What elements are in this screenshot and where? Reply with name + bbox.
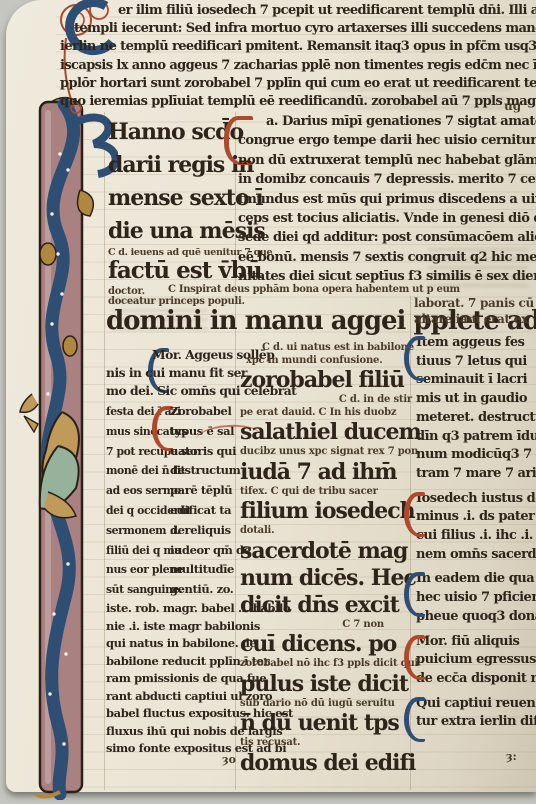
gloss-line: tis recusat.	[240, 737, 412, 750]
right-commentary-column: Item aggeus festiuus 7 letus quiseminaui…	[416, 334, 536, 738]
text-line: puicium egressus	[416, 651, 536, 670]
text-line: Iosedech iustus do	[416, 490, 536, 509]
text-line: seminauit ī lacri	[416, 371, 536, 390]
gloss-continuation: laborat. 7 panis cū sualtare iam erat ex	[414, 296, 536, 327]
text-line: de ecc̄a disponit reed	[416, 670, 536, 689]
text-line: altare iam erat ex	[414, 312, 536, 328]
scripture-line: domus dei edifi	[240, 750, 412, 777]
text-line: pplōr hortari sunt zorobabel 7 pplīn qui…	[60, 75, 536, 93]
commentary-paragraph: Item aggeus festiuus 7 letus quiseminaui…	[416, 334, 536, 484]
text-line: sede diei qd additur: post consūmacōem a…	[238, 228, 536, 247]
text-line: dīn q3 patrem īduc	[416, 428, 536, 447]
paragraph-lines: In eadem die qua fuhec uisio 7 pficienti…	[416, 570, 536, 626]
text-line: non dū extruxerat templū nec habebat glā…	[238, 151, 536, 170]
text-line: cui filius .i. ihc .i. salu	[416, 527, 536, 546]
scripture-column: C d. ui natus est in babilone xpc in mun…	[240, 342, 412, 777]
gloss-line: tifex. C qui de tribu sacer	[240, 486, 412, 499]
text-line: tram 7 mare 7 aridā	[416, 465, 536, 484]
text-line: er ilim filiū iosedech 7 pcepit ut reedi…	[60, 2, 536, 20]
text-line: Mor. fiū aliquis	[416, 633, 536, 652]
text-line: nem omn̄s sacerdotes	[416, 546, 536, 565]
paragraph-lines: Mor. fiū aliquispuicium egressusde ecc̄a…	[416, 633, 536, 689]
text-line: dereliquis	[170, 521, 251, 541]
text-line: ierlin ne templū reedificari pmitent. Re…	[60, 38, 536, 56]
scripture-line: iudā 7 ad ihm̄	[240, 459, 412, 486]
paragraph-lines: Iosedech iustus dominus .i. ds patercui …	[416, 490, 536, 565]
gloss-line: zorobabel nō ihc f3 ppls dicit qui	[240, 658, 412, 671]
paragraph-lines: Qui captiui reuentur extra ierlin dif	[416, 695, 536, 732]
gloss-line: sub dario nō dū iugū seruitu	[240, 698, 412, 711]
scripture-line: pulus iste dicit	[240, 671, 412, 698]
scripture-line: n̄ dū uenit tps	[240, 710, 412, 737]
text-line: parē tēplū	[170, 481, 251, 501]
text-line: iudeor qm̄ de	[170, 541, 251, 561]
text-line: in domibz concauis 7 depressis. merito 7…	[238, 170, 536, 189]
gloss-line: C d. ui natus est in babilone	[240, 342, 412, 355]
commentary-paragraph: Qui captiui reuentur extra ierlin dif	[416, 695, 536, 732]
text-line: congrue ergo tempe darii hec uisio cerni…	[238, 131, 536, 150]
commentary-paragraph: Iosedech iustus dominus .i. ds patercui …	[416, 490, 536, 565]
text-line: quo ieremias pplīuiat templū eē reedific…	[60, 93, 536, 111]
text-line: gentiū. zo.	[170, 580, 251, 600]
scripture-line: salathiel ducem	[240, 419, 412, 446]
paragraph-lines: Item aggeus festiuus 7 letus quiseminaui…	[416, 334, 536, 484]
scripture-line: zorobabel filiū	[240, 367, 412, 394]
text-line: uatoris qui	[170, 442, 251, 462]
text-line: Qui captiui reuen	[416, 695, 536, 714]
text-line: minus .i. ds pater	[416, 508, 536, 527]
commentary-paragraph: Mor. fiū aliquispuicium egressusde ecc̄a…	[416, 633, 536, 689]
text-line: eē bonū. mensis 7 sextis congruit q2 hic…	[238, 248, 536, 267]
text-line: a. Darius mīpī genationes 7 sigtat amato…	[238, 112, 536, 131]
scripture-line: sacerdotē mag	[240, 538, 412, 565]
text-line: num modicūq3 7 ogu	[416, 446, 536, 465]
scripture-line: filium iosedech	[240, 498, 412, 525]
text-line: ceps est tocius aliciatis. Vnde in genes…	[238, 209, 536, 228]
scripture-line: num dicēs. Hec	[240, 565, 412, 592]
text-line: destructum	[170, 461, 251, 481]
scripture-line: cuī dicens. po	[240, 631, 412, 658]
text-line: templi iecerunt: Sed infra mortuo cyro a…	[60, 20, 536, 38]
text-line: Zorobabel	[170, 402, 251, 422]
top-commentary-block: er ilim filiū iosedech 7 pcepit ut reedi…	[60, 2, 536, 111]
text-line: In eadem die qua fu	[416, 570, 536, 589]
text-line: iscapsis lx anno aggeus 7 zacharias pplē…	[60, 57, 536, 75]
gloss-line: C 7 non	[240, 619, 412, 632]
text-line: fmundus est mūs qui primus discedens a u…	[238, 190, 536, 209]
manuscript-photo: er ilim filiū iosedech 7 pcepit ut reedi…	[0, 0, 536, 804]
text-line: nitates diei sicut septīus f3 similis ē …	[238, 267, 536, 286]
text-line: laborat. 7 panis cū su	[414, 296, 536, 312]
text-line: Item aggeus fes	[416, 334, 536, 353]
text-line: hec uisio 7 pficientib	[416, 589, 536, 608]
text-line: tur extra ierlin dif	[416, 713, 536, 732]
margin-word: ug	[504, 99, 521, 113]
text-line: meteret. destructum	[416, 409, 536, 428]
tie-mark: ȝ:	[506, 750, 517, 763]
text-line: pheue quoq3 dona fu	[416, 608, 536, 627]
illuminated-border-art	[18, 94, 118, 800]
gloss-line: C d. in de stir	[240, 394, 412, 407]
gloss-line: dotali.	[240, 525, 412, 538]
scripture-line: dicit dn̄s excit	[240, 592, 412, 619]
gloss-line: xpc in mundi confusione.	[240, 355, 412, 368]
text-line: multitudīe	[170, 560, 251, 580]
tie-mark: ȝo	[222, 753, 236, 766]
text-line: edificat ta	[170, 501, 251, 521]
commentary-paragraph: In eadem die qua fuhec uisio 7 pficienti…	[416, 570, 536, 626]
gloss-line: ducibz unus xpc signat rex 7 pon	[240, 446, 412, 459]
center-commentary-block: a. Darius mīpī genationes 7 sigtat amato…	[238, 112, 536, 287]
gloss-line: pe erat dauid. C In his duobz	[240, 407, 412, 420]
text-line: mis ut in gaudio	[416, 390, 536, 409]
text-line: tiuus 7 letus qui	[416, 353, 536, 372]
